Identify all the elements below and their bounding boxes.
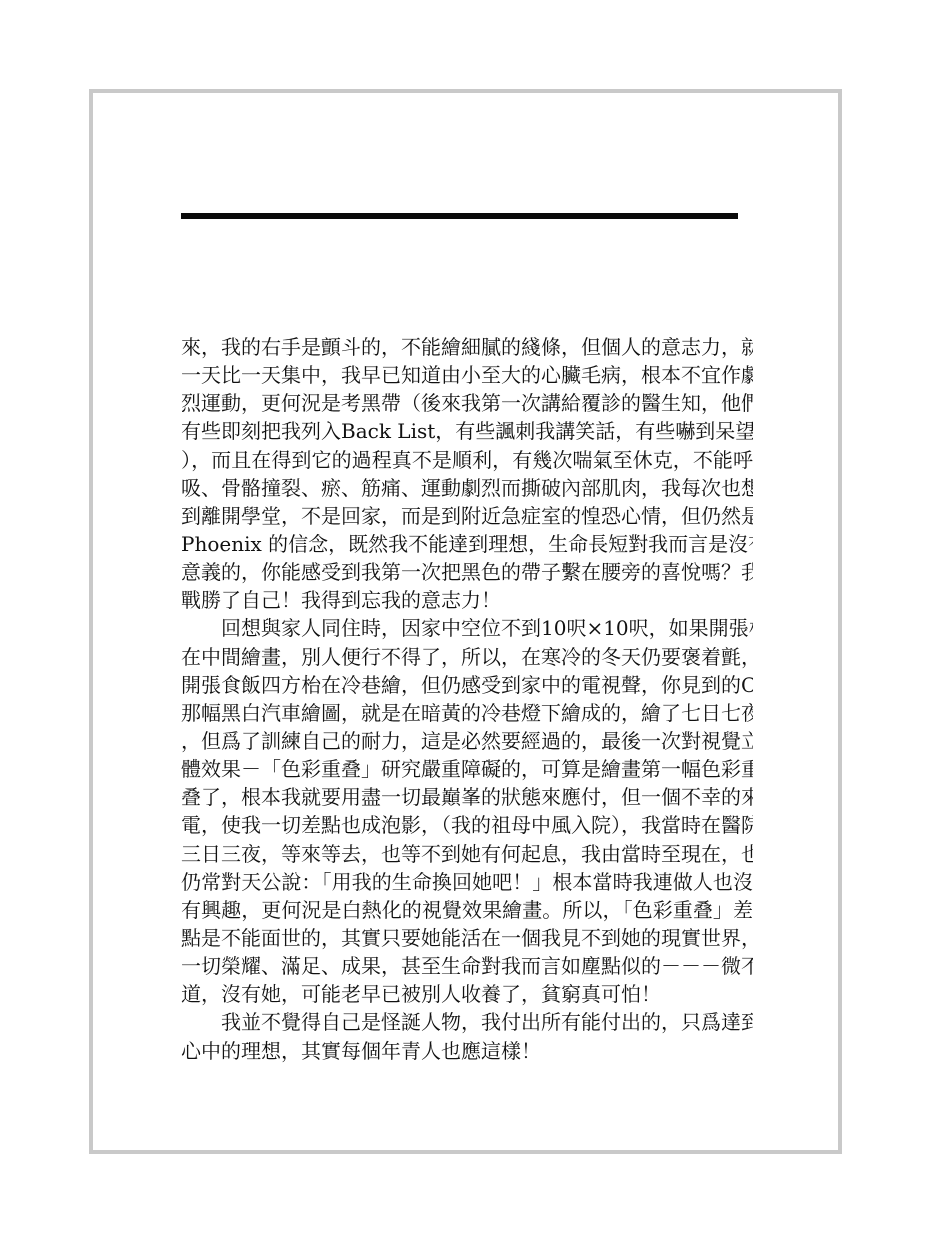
- text-line: ，但爲了訓練自己的耐力，這是必然要經過的，最後一次對視覺立: [181, 727, 753, 755]
- text-line: 戰勝了自己！我得到忘我的意志力！: [181, 586, 753, 614]
- text-line: 來，我的右手是顫斗的，不能繪細膩的綫條，但個人的意志力，就: [181, 333, 753, 361]
- text-line: 電，使我一切差點也成泡影，（我的祖母中風入院），我當時在醫院: [181, 811, 753, 839]
- text-line: 吸、骨骼撞裂、瘀、筋痛、運動劇烈而撕破內部肌肉，我每次也想: [181, 474, 753, 502]
- text-line: 回想與家人同住時，因家中空位不到10呎×10呎，如果開張枱: [181, 614, 753, 642]
- text-line: 我並不覺得自己是怪誕人物，我付出所有能付出的，只爲達到: [181, 1008, 753, 1036]
- text-line: 道，沒有她，可能老早已被別人收養了，貧窮真可怕！: [181, 980, 753, 1008]
- text-line: 叠了，根本我就要用盡一切最巔峯的狀態來應付，但一個不幸的來: [181, 783, 753, 811]
- text-line: Phoenix 的信念，既然我不能達到理想，生命長短對我而言是沒有: [181, 530, 753, 558]
- text-line: 三日三夜，等來等去，也等不到她有何起息，我由當時至現在，也: [181, 840, 753, 868]
- text-line: 烈運動，更何況是考黑帶（後來我第一次講給覆診的醫生知，他們: [181, 389, 753, 417]
- text-line: 在中間繪畫，別人便行不得了，所以，在寒冷的冬天仍要褒着氈，: [181, 643, 753, 671]
- paragraph: 回想與家人同住時，因家中空位不到10呎×10呎，如果開張枱 在中間繪畫，別人便行…: [181, 614, 753, 1008]
- text-line: 一天比一天集中，我早已知道由小至大的心臟毛病，根本不宜作劇: [181, 361, 753, 389]
- text-line: 有些即刻把我列入Back List，有些諷刺我講笑話，有些嚇到呆望我: [181, 417, 753, 445]
- text-line: 仍常對天公說：「用我的生命換回她吧！」根本當時我連做人也沒: [181, 868, 753, 896]
- paragraph: 來，我的右手是顫斗的，不能繪細膩的綫條，但個人的意志力，就 一天比一天集中，我早…: [181, 333, 753, 614]
- text-line: 到離開學堂，不是回家，而是到附近急症室的惶恐心情，但仍然是: [181, 502, 753, 530]
- text-line: 有興趣，更何況是白熱化的視覺效果繪畫。所以，「色彩重叠」差: [181, 896, 753, 924]
- header-rule: [181, 213, 738, 219]
- body-text: 來，我的右手是顫斗的，不能繪細膩的綫條，但個人的意志力，就 一天比一天集中，我早…: [181, 333, 753, 1065]
- text-line: 點是不能面世的，其實只要她能活在一個我見不到她的現實世界，: [181, 924, 753, 952]
- text-line: 一切榮耀、滿足、成果，甚至生命對我而言如塵點似的－－－微不足: [181, 952, 753, 980]
- text-line: ），而且在得到它的過程真不是順利，有幾次喘氣至休克，不能呼: [181, 446, 753, 474]
- text-line: 體效果－「色彩重叠」研究嚴重障礙的，可算是繪畫第一幅色彩重: [181, 755, 753, 783]
- paragraph: 我並不覺得自己是怪誕人物，我付出所有能付出的，只爲達到 心中的理想，其實每個年青…: [181, 1008, 753, 1064]
- text-line: 心中的理想，其實每個年青人也應這樣！: [181, 1037, 753, 1065]
- text-line: 那幅黑白汽車繪圖，就是在暗黃的冷巷燈下繪成的，繪了七日七夜: [181, 699, 753, 727]
- text-line: 開張食飯四方枱在冷巷繪，但仍感受到家中的電視聲，你見到的C7: [181, 671, 753, 699]
- text-line: 意義的，你能感受到我第一次把黑色的帶子繫在腰旁的喜悅嗎？我: [181, 558, 753, 586]
